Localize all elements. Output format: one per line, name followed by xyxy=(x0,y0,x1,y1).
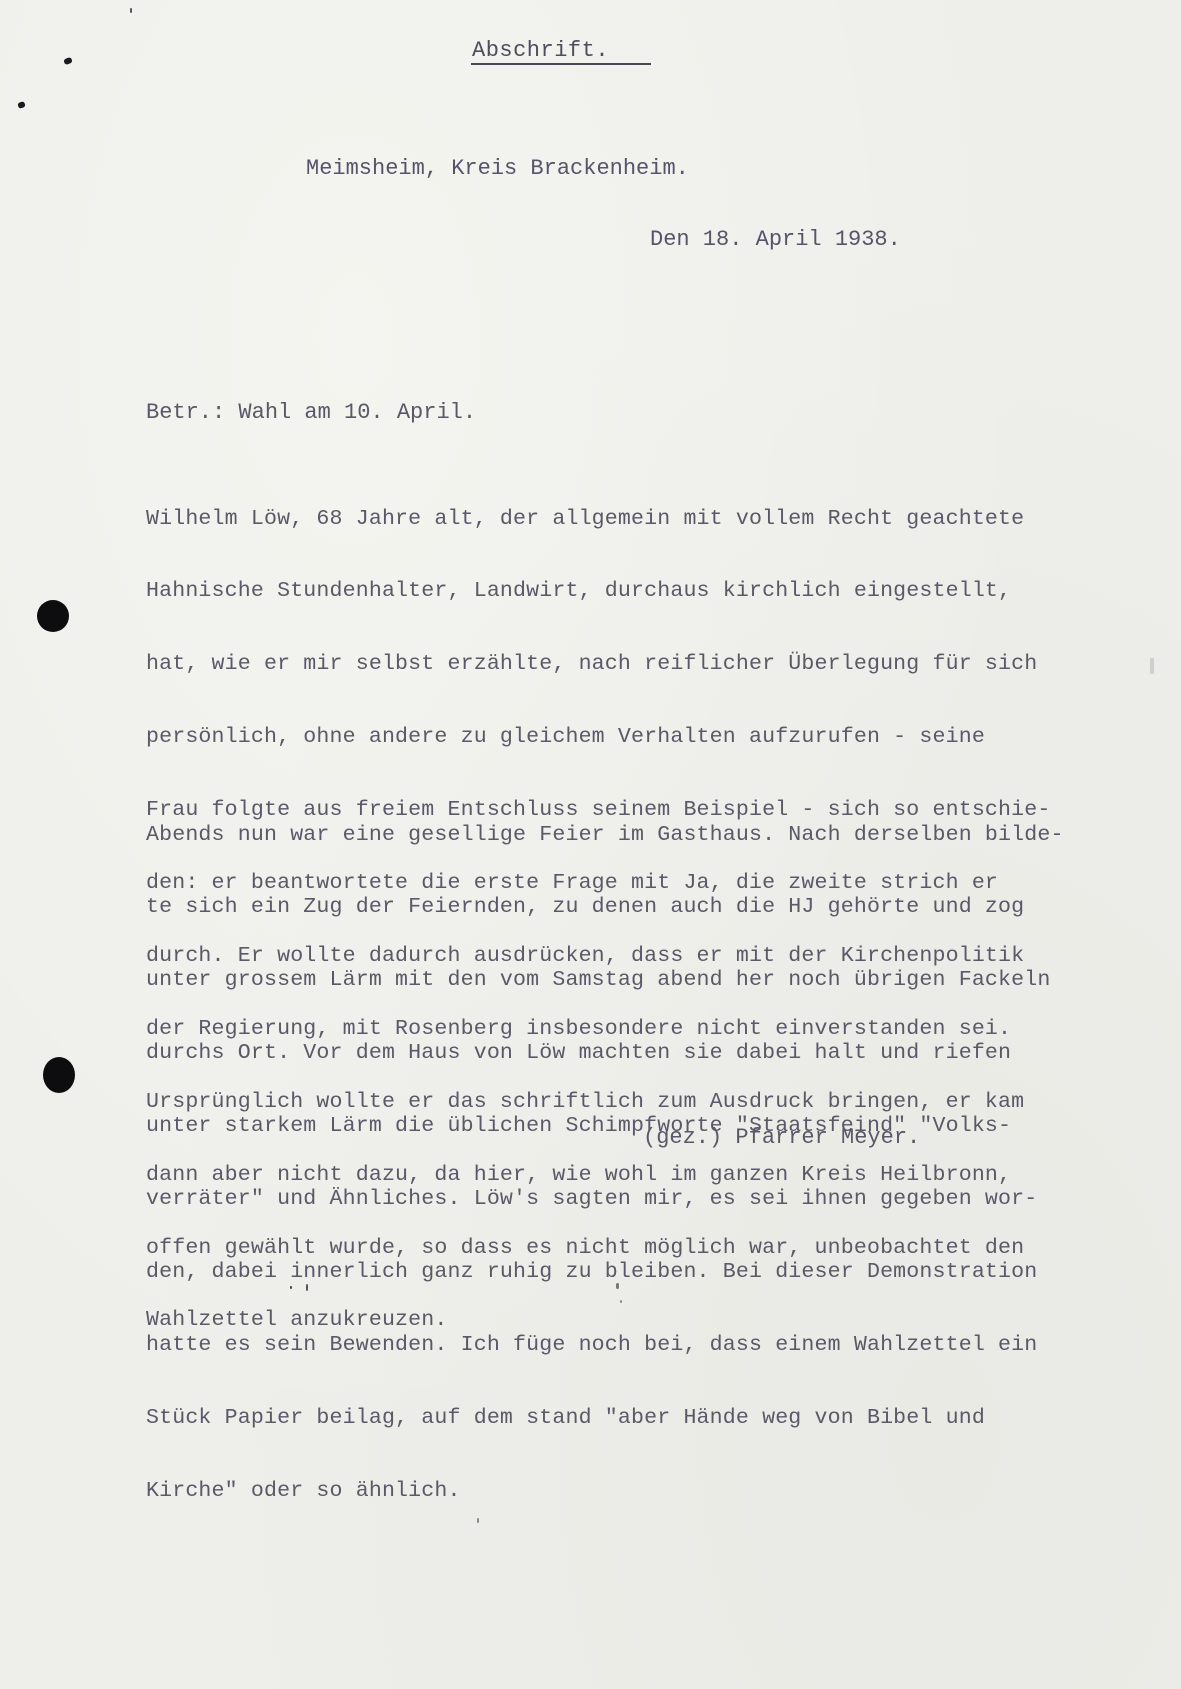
letter-subject: Betr.: Wahl am 10. April. xyxy=(146,400,476,425)
ink-speck xyxy=(17,101,26,109)
text-line: persönlich, ohne andere zu gleichem Verh… xyxy=(146,725,1050,749)
text-line: Kirche" oder so ähnlich. xyxy=(146,1479,1064,1503)
text-line: hat, wie er mir selbst erzählte, nach re… xyxy=(146,652,1050,676)
document-page: Abschrift. Meimsheim, Kreis Brackenheim.… xyxy=(0,0,1181,1689)
text-line: Abends nun war eine gesellige Feier im G… xyxy=(146,823,1064,847)
text-line: Hahnische Stundenhalter, Landwirt, durch… xyxy=(146,579,1050,603)
text-line: hatte es sein Bewenden. Ich füge noch be… xyxy=(146,1333,1064,1357)
paper-edge-mark xyxy=(1150,658,1154,674)
letter-date: Den 18. April 1938. xyxy=(650,227,901,252)
text-line: te sich ein Zug der Feiernden, zu denen … xyxy=(146,895,1064,919)
punch-hole xyxy=(43,1057,75,1093)
text-line: verräter" und Ähnliches. Löw's sagten mi… xyxy=(146,1187,1064,1211)
text-line: den, dabei innerlich ganz ruhig zu bleib… xyxy=(146,1260,1064,1284)
text-line: unter grossem Lärm mit den vom Samstag a… xyxy=(146,968,1064,992)
signature: (gez.) Pfarrer Meyer. xyxy=(643,1125,920,1150)
ink-speck xyxy=(63,57,73,65)
ink-speck xyxy=(130,8,132,13)
punch-hole xyxy=(37,600,69,632)
text-line: Wilhelm Löw, 68 Jahre alt, der allgemein… xyxy=(146,507,1050,531)
text-line: unter starkem Lärm die üblichen Schimpfw… xyxy=(146,1114,1064,1138)
text-line: Stück Papier beilag, auf dem stand "aber… xyxy=(146,1406,1064,1430)
document-title: Abschrift. xyxy=(472,38,609,63)
letter-place: Meimsheim, Kreis Brackenheim. xyxy=(306,156,689,181)
text-line: durchs Ort. Vor dem Haus von Löw machten… xyxy=(146,1041,1064,1065)
body-paragraph-2: Abends nun war eine gesellige Feier im G… xyxy=(146,774,1064,1552)
title-underline xyxy=(471,63,651,65)
